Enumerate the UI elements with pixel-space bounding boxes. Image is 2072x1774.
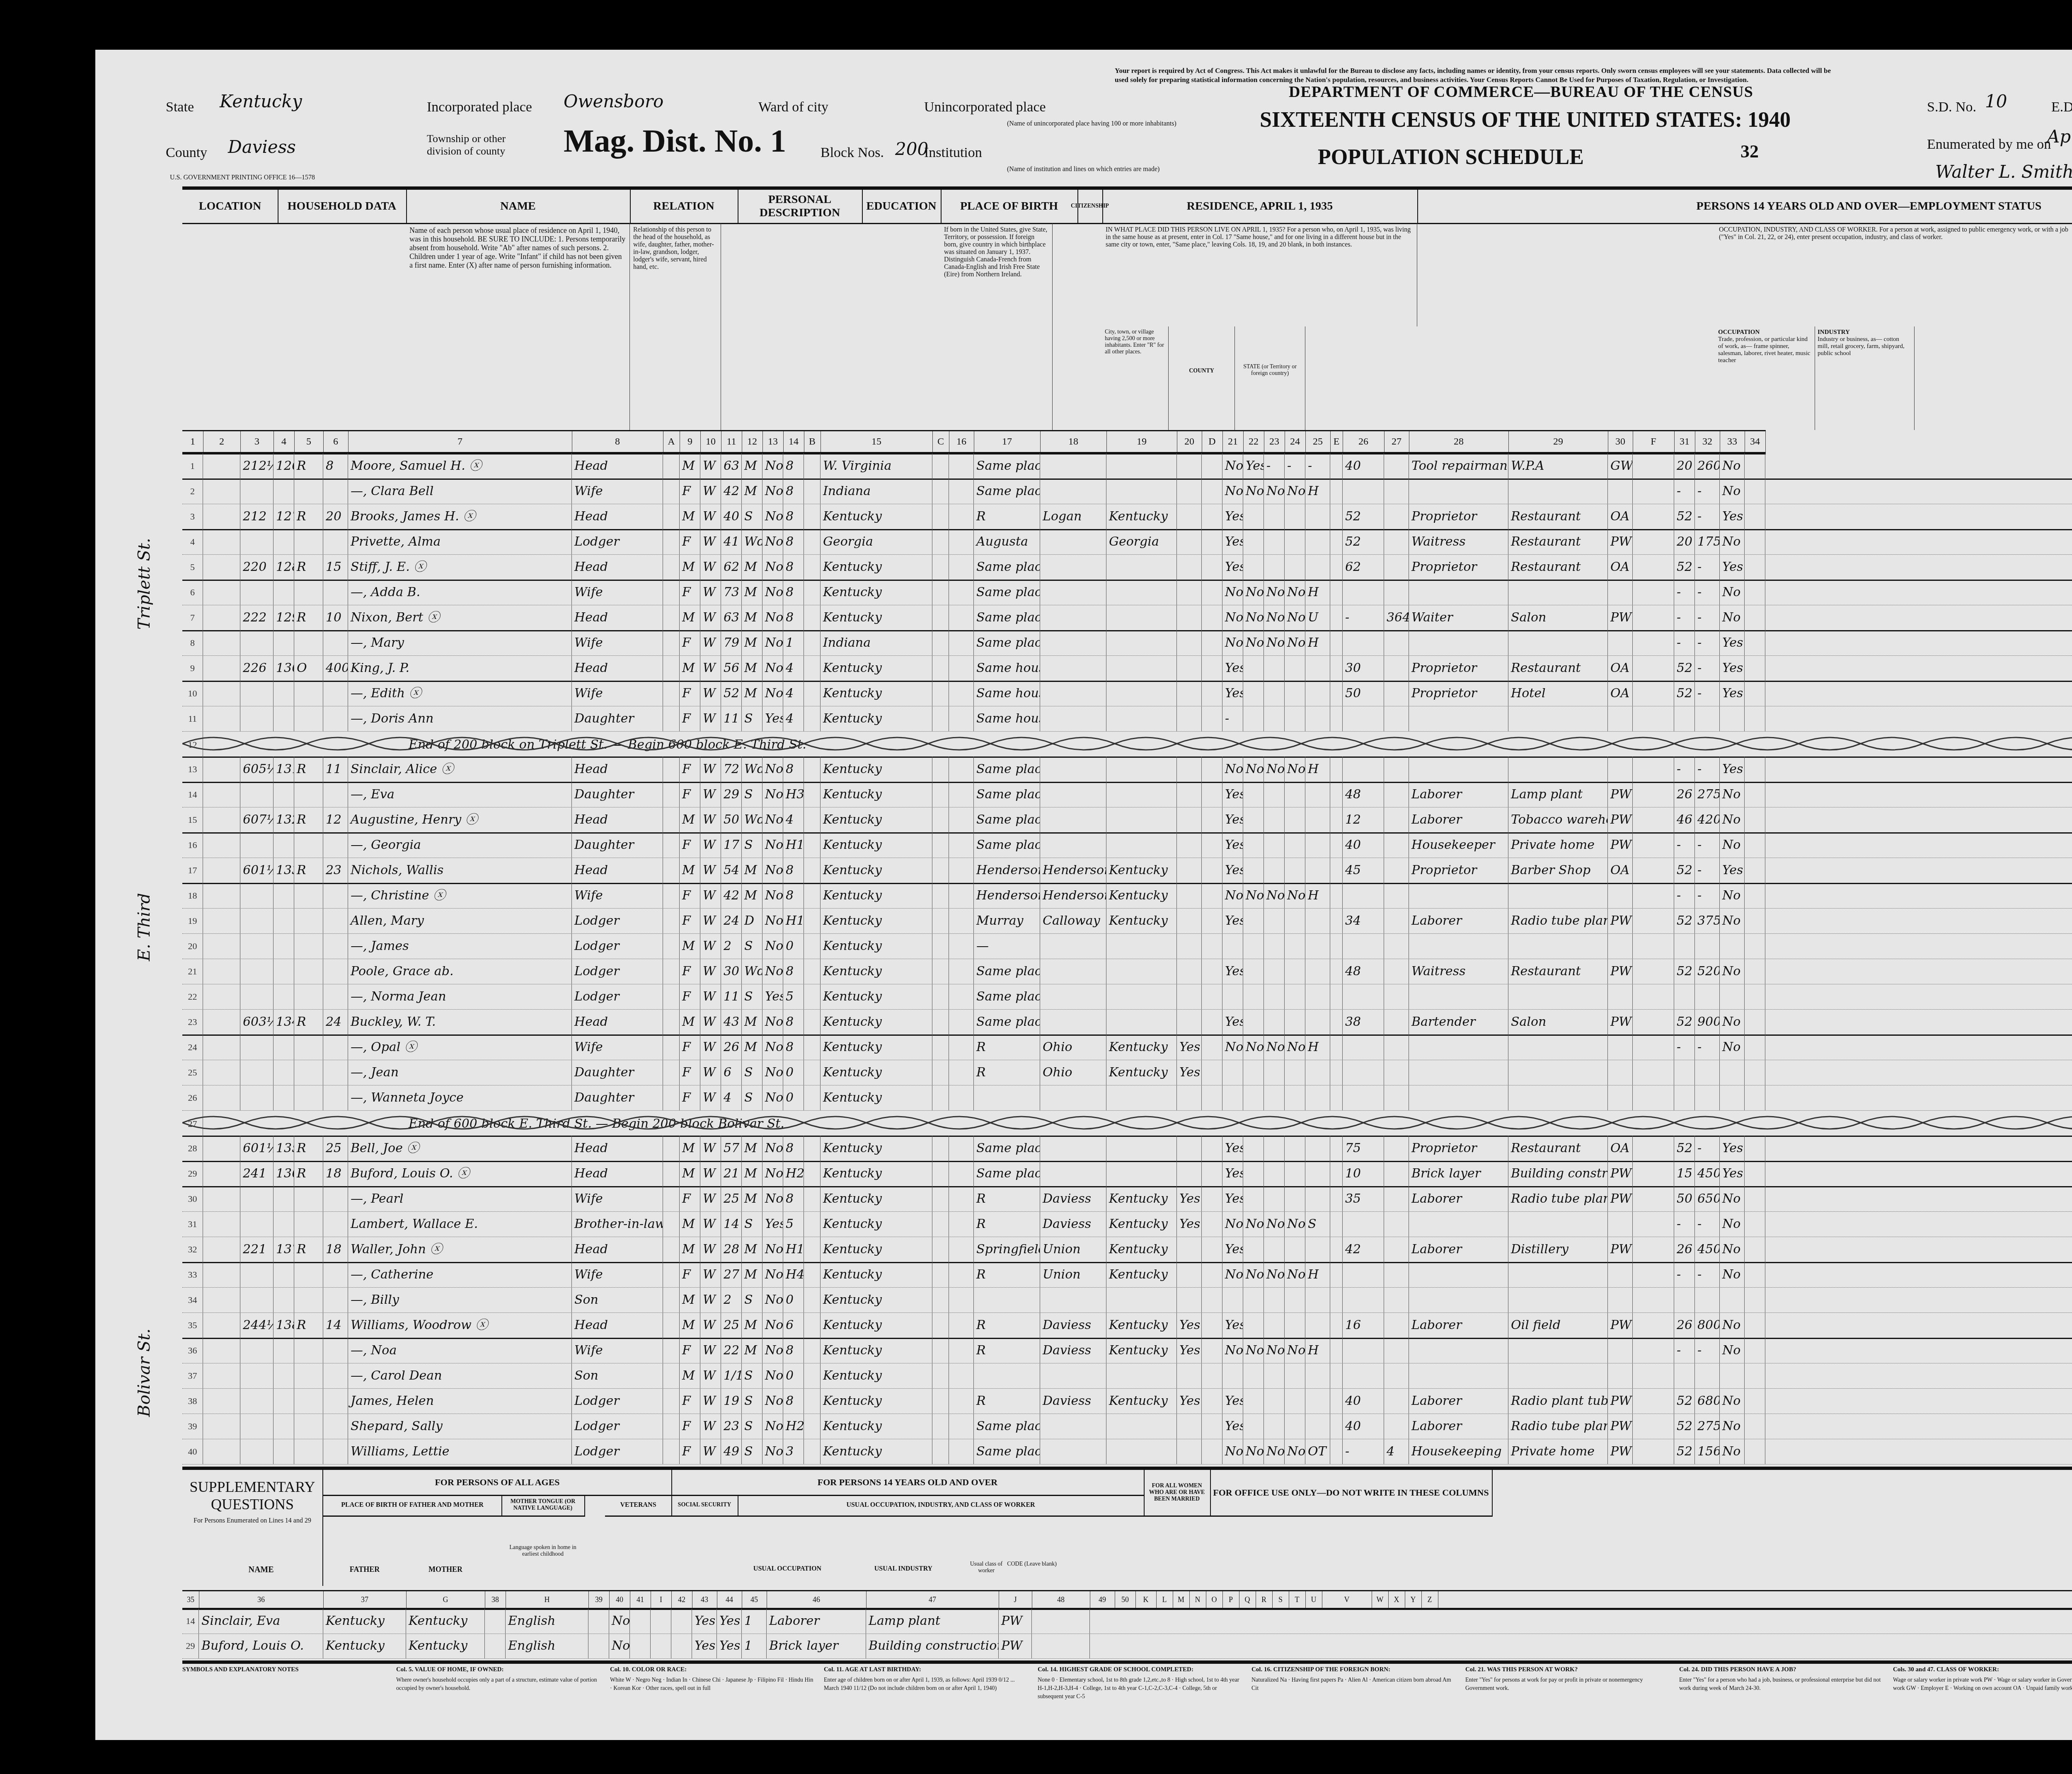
weeks-unemployed-cell xyxy=(1384,655,1409,681)
has-job-cell xyxy=(1285,681,1305,706)
code-a xyxy=(663,1312,680,1338)
supp-column-number: R xyxy=(1256,1591,1273,1608)
home-value-cell xyxy=(323,984,348,1009)
activity-cell xyxy=(1305,504,1330,529)
house-number-cell xyxy=(240,1085,274,1110)
has-job-cell xyxy=(1285,807,1305,832)
class-of-worker-cell: PW xyxy=(1608,1237,1633,1262)
occupation-cell xyxy=(1409,1262,1508,1287)
seeking-work-cell: No xyxy=(1264,580,1285,605)
code-d xyxy=(1202,933,1222,959)
school-cell: Yes xyxy=(762,984,783,1009)
weeks-unemployed-cell xyxy=(1384,1388,1409,1414)
age-cell: 42 xyxy=(721,883,742,908)
weeks-unemployed-cell xyxy=(1384,706,1409,731)
other-income-cell: No xyxy=(1720,883,1745,908)
hours-worked-cell xyxy=(1343,580,1384,605)
school-cell: No xyxy=(762,908,783,933)
line-number: 39 xyxy=(182,1414,203,1439)
weeks-unemployed-cell xyxy=(1384,1060,1409,1085)
code-f xyxy=(1633,1034,1674,1060)
county-1935-cell xyxy=(1040,529,1106,554)
code-b xyxy=(804,1186,821,1211)
code-b xyxy=(804,1388,821,1414)
tenure-cell xyxy=(294,908,323,933)
supp-h-usual-industry: USUAL INDUSTRY xyxy=(837,1565,970,1573)
industry-cell xyxy=(1508,1060,1608,1085)
code-a xyxy=(663,1388,680,1414)
other-income-cell: No xyxy=(1720,1439,1745,1464)
tenure-cell xyxy=(294,832,323,858)
code-c xyxy=(932,858,949,883)
race-cell: W xyxy=(700,883,721,908)
wages-cell xyxy=(1695,1060,1720,1085)
code-f xyxy=(1633,1009,1674,1034)
activity-cell: - xyxy=(1305,453,1330,479)
occupation-cell xyxy=(1409,1363,1508,1388)
farm-1935-cell xyxy=(1177,504,1202,529)
hours-worked-cell: 10 xyxy=(1343,1161,1384,1186)
home-value-cell: 11 xyxy=(323,756,348,782)
column-number: 23 xyxy=(1264,430,1285,454)
has-job-cell xyxy=(1285,1186,1305,1211)
citizenship-cell xyxy=(949,908,974,933)
code-d xyxy=(1202,858,1222,883)
home-value-cell xyxy=(323,580,348,605)
race-cell: W xyxy=(700,1085,721,1110)
grade-cell: 8 xyxy=(783,1338,804,1363)
code-e xyxy=(1330,959,1343,984)
emergency-work-cell xyxy=(1243,706,1264,731)
emergency-work-cell xyxy=(1243,1363,1264,1388)
race-cell: W xyxy=(700,1237,721,1262)
code-e xyxy=(1330,1186,1343,1211)
footnote-body: Enter "Yes" for a person who had a job, … xyxy=(1679,1677,1881,1692)
column-number: 16 xyxy=(949,430,974,454)
emergency-work-cell xyxy=(1243,832,1264,858)
hours-worked-cell: - xyxy=(1343,605,1384,630)
tenure-cell: R xyxy=(294,756,323,782)
code-d xyxy=(1202,1414,1222,1439)
county-1935-cell: Henderson xyxy=(1040,858,1106,883)
margin-street-triplett: Triplett St. xyxy=(135,538,154,630)
hours-worked-cell: 45 xyxy=(1343,858,1384,883)
age-cell: 26 xyxy=(721,1034,742,1060)
code-a xyxy=(663,756,680,782)
farm-1935-cell xyxy=(1177,1136,1202,1161)
school-cell: No xyxy=(762,605,783,630)
grade-cell: H4 xyxy=(783,1262,804,1287)
code-f xyxy=(1633,1414,1674,1439)
weeks-worked-cell xyxy=(1674,1085,1695,1110)
activity-cell: H xyxy=(1305,1338,1330,1363)
home-value-cell xyxy=(323,959,348,984)
supp-h-mother: MOTHER xyxy=(406,1565,485,1574)
house-number-cell: 220 xyxy=(240,554,274,580)
farm-schedule-cell xyxy=(1745,1009,1765,1034)
name-instructions: Name of each person whose usual place of… xyxy=(406,223,630,430)
has-job-cell xyxy=(1285,706,1305,731)
name-cell: —, Noa xyxy=(348,1338,572,1363)
sex-cell: M xyxy=(680,933,700,959)
code-f xyxy=(1633,605,1674,630)
home-value-cell: 12 xyxy=(323,807,348,832)
seeking-work-cell: No xyxy=(1264,1439,1285,1464)
weeks-worked-cell: 52 xyxy=(1674,504,1695,529)
emergency-work-cell xyxy=(1243,1060,1264,1085)
occupation-cell: Tool repairman xyxy=(1409,453,1508,479)
birthplace-cell: Kentucky xyxy=(821,1312,932,1338)
school-cell: No xyxy=(762,1363,783,1388)
farm-schedule-cell xyxy=(1745,1388,1765,1414)
county-1935-cell xyxy=(1040,706,1106,731)
grade-cell: 1 xyxy=(783,630,804,655)
line-number: 19 xyxy=(182,908,203,933)
county-1935-cell xyxy=(1040,832,1106,858)
other-income-cell xyxy=(1720,1060,1745,1085)
has-job-cell xyxy=(1285,908,1305,933)
at-work-cell: Yes xyxy=(1222,529,1243,554)
weeks-unemployed-cell xyxy=(1384,1363,1409,1388)
code-b xyxy=(804,479,821,504)
citizenship-cell xyxy=(949,1312,974,1338)
industry-cell xyxy=(1508,756,1608,782)
house-number-cell xyxy=(240,908,274,933)
veteran-cell: No xyxy=(609,1609,630,1634)
farm-1935-cell xyxy=(1177,630,1202,655)
marital-cell: S xyxy=(742,1363,762,1388)
industry-cell: Building construction xyxy=(1508,1161,1608,1186)
industry-cell: Private home xyxy=(1508,832,1608,858)
other-income-cell: No xyxy=(1720,1211,1745,1237)
wages-cell: 175 xyxy=(1695,529,1720,554)
supp-all-ages: FOR PERSONS OF ALL AGES xyxy=(323,1470,672,1496)
relation-cell: Wife xyxy=(572,630,663,655)
marital-cell: S xyxy=(742,504,762,529)
has-job-cell xyxy=(1285,1136,1305,1161)
relation-cell: Wife xyxy=(572,580,663,605)
industry-cell xyxy=(1508,479,1608,504)
code-a xyxy=(663,883,680,908)
school-cell: No xyxy=(762,1136,783,1161)
line-number: 8 xyxy=(182,630,203,655)
class-of-worker-cell xyxy=(1608,756,1633,782)
citizenship-cell xyxy=(949,984,974,1009)
farm-1935-cell: Yes xyxy=(1177,1060,1202,1085)
code-a xyxy=(663,630,680,655)
farm-1935-cell: Yes xyxy=(1177,1338,1202,1363)
relation-cell: Daughter xyxy=(572,1085,663,1110)
house-number-cell xyxy=(240,1439,274,1464)
residence-1935-cell: R xyxy=(974,1312,1040,1338)
class-of-worker-cell: PW xyxy=(1608,605,1633,630)
state-label: State xyxy=(166,99,194,115)
race-cell: W xyxy=(700,681,721,706)
other-income-cell: No xyxy=(1720,580,1745,605)
citizenship-cell xyxy=(949,1211,974,1237)
emergency-work-cell xyxy=(1243,1186,1264,1211)
column-number: B xyxy=(804,430,821,454)
race-cell: W xyxy=(700,1414,721,1439)
name-cell: Waller, John ⓧ xyxy=(348,1237,572,1262)
state-1935-cell xyxy=(1106,1136,1177,1161)
code-b xyxy=(804,529,821,554)
relation-cell: Daughter xyxy=(572,1060,663,1085)
table-row: 3212127R20Brooks, James H. ⓧHeadMW40SNo8… xyxy=(182,504,2072,530)
sex-cell: M xyxy=(680,807,700,832)
home-value-cell xyxy=(323,1414,348,1439)
farm-schedule-cell xyxy=(1745,529,1765,554)
street-cell xyxy=(203,1136,240,1161)
race-cell: W xyxy=(700,1262,721,1287)
activity-cell xyxy=(1305,529,1330,554)
visit-number-cell xyxy=(274,782,294,807)
class-of-worker-cell: PW xyxy=(1608,1009,1633,1034)
residence-1935-cell: Murray xyxy=(974,908,1040,933)
age-cell: 25 xyxy=(721,1186,742,1211)
state-1935-cell xyxy=(1106,1009,1177,1034)
grade-cell: 8 xyxy=(783,479,804,504)
county-1935-cell xyxy=(1040,605,1106,630)
block-label: Block Nos. xyxy=(758,145,884,161)
birthplace-cell: W. Virginia xyxy=(821,453,932,479)
home-value-cell xyxy=(323,1287,348,1312)
birthplace-cell: Kentucky xyxy=(821,1262,932,1287)
industry-cell: Radio tube plant xyxy=(1508,1186,1608,1211)
code-j xyxy=(1032,1634,1090,1658)
seeking-work-cell xyxy=(1264,681,1285,706)
school-cell: No xyxy=(762,504,783,529)
house-number-cell xyxy=(240,959,274,984)
street-cell xyxy=(203,1439,240,1464)
code-c xyxy=(932,453,949,479)
column-number: A xyxy=(663,430,680,454)
name-cell: —, Eva xyxy=(348,782,572,807)
table-row: 28601½135R25Bell, Joe ⓧHeadMW57MNo8Kentu… xyxy=(182,1136,2072,1162)
seeking-work-cell: No xyxy=(1264,605,1285,630)
school-cell: No xyxy=(762,554,783,580)
home-value-cell: 8 xyxy=(323,453,348,479)
farm-schedule-cell xyxy=(1745,782,1765,807)
school-cell: No xyxy=(762,807,783,832)
has-job-cell xyxy=(1285,529,1305,554)
school-cell: No xyxy=(762,479,783,504)
birthplace-cell: Kentucky xyxy=(821,1211,932,1237)
residence-1935-cell: Same place xyxy=(974,630,1040,655)
marital-cell: S xyxy=(742,832,762,858)
code-c xyxy=(932,1136,949,1161)
emergency-work-cell xyxy=(1243,1388,1264,1414)
county-value: Daviess xyxy=(228,137,296,157)
code-b xyxy=(804,984,821,1009)
age-cell: 50 xyxy=(721,807,742,832)
visit-number-cell: 133 xyxy=(274,858,294,883)
supp-column-number: 35 xyxy=(182,1591,199,1608)
wages-cell: 450 xyxy=(1695,1237,1720,1262)
emergency-work-cell xyxy=(1243,1085,1264,1110)
other-income-cell: No xyxy=(1720,1034,1745,1060)
sex-cell: F xyxy=(680,832,700,858)
supp-column-number: Z xyxy=(1421,1591,1438,1608)
veteran-wife-cell xyxy=(630,1634,651,1658)
seeking-work-cell xyxy=(1264,1312,1285,1338)
activity-cell: U xyxy=(1305,605,1330,630)
code-f xyxy=(1633,807,1674,832)
code-a xyxy=(663,1085,680,1110)
other-income-cell: No xyxy=(1720,479,1745,504)
wages-cell: - xyxy=(1695,630,1720,655)
home-value-cell xyxy=(323,883,348,908)
state-1935-cell: Kentucky xyxy=(1106,504,1177,529)
state-1935-cell xyxy=(1106,1414,1177,1439)
state-1935-cell: Kentucky xyxy=(1106,1034,1177,1060)
farm-schedule-cell xyxy=(1745,984,1765,1009)
school-cell: No xyxy=(762,1237,783,1262)
table-row: 15607½132R12Augustine, Henry ⓧHeadMW50Wd… xyxy=(182,807,2072,834)
code-d xyxy=(1202,453,1222,479)
wages-cell: 420 xyxy=(1695,807,1720,832)
table-row: 19Allen, MaryLodgerFW24DNoH1KentuckyMurr… xyxy=(182,908,2072,934)
county-1935-cell: Henderson xyxy=(1040,883,1106,908)
house-number-cell: 601½ xyxy=(240,858,274,883)
occupation-cell xyxy=(1409,1085,1508,1110)
other-income-cell: No xyxy=(1720,1414,1745,1439)
race-cell: W xyxy=(700,1287,721,1312)
code-f xyxy=(1633,1186,1674,1211)
column-number: 22 xyxy=(1243,430,1264,454)
social-security-number-cell: Yes xyxy=(692,1609,717,1634)
has-job-cell: No xyxy=(1285,580,1305,605)
weeks-worked-cell xyxy=(1674,933,1695,959)
at-work-cell: Yes xyxy=(1222,554,1243,580)
at-work-cell: Yes xyxy=(1222,655,1243,681)
state-1935-cell: Kentucky xyxy=(1106,1237,1177,1262)
hours-worked-cell: 62 xyxy=(1343,554,1384,580)
code-d xyxy=(1202,706,1222,731)
birthplace-cell: Kentucky xyxy=(821,681,932,706)
supp-column-number: O xyxy=(1206,1591,1223,1608)
occupation-examples: Trade, profession, or particular kind of… xyxy=(1718,336,1810,364)
code-e xyxy=(1330,1363,1343,1388)
visit-number-cell xyxy=(274,681,294,706)
relation-cell: Head xyxy=(572,1312,663,1338)
occupation-cell: Bartender xyxy=(1409,1009,1508,1034)
hours-worked-cell: 35 xyxy=(1343,1186,1384,1211)
footnote-title: Cols. 30 and 47. CLASS OF WORKER: xyxy=(1893,1665,2072,1674)
code-f xyxy=(1633,580,1674,605)
grade-cell: 4 xyxy=(783,706,804,731)
house-number-cell: 212½ xyxy=(240,453,274,479)
school-cell: No xyxy=(762,1009,783,1034)
county-1935-cell xyxy=(1040,959,1106,984)
line-number: 25 xyxy=(182,1060,203,1085)
code-c xyxy=(932,1085,949,1110)
at-work-cell: Yes xyxy=(1222,1312,1243,1338)
weeks-unemployed-cell xyxy=(1384,1287,1409,1312)
code-e xyxy=(1330,1312,1343,1338)
birthplace-cell: Kentucky xyxy=(821,1009,932,1034)
residence-1935-cell: Same place xyxy=(974,832,1040,858)
street-cell xyxy=(203,1338,240,1363)
weeks-worked-cell: 52 xyxy=(1674,1009,1695,1034)
mother-tongue-cell: English xyxy=(506,1609,588,1634)
county-1935-cell xyxy=(1040,1363,1106,1388)
farm-1935-cell xyxy=(1177,908,1202,933)
class-of-worker-cell xyxy=(1608,933,1633,959)
residence-instructions: IN WHAT PLACE DID THIS PERSON LIVE ON AP… xyxy=(1102,223,1417,326)
has-job-cell xyxy=(1285,832,1305,858)
other-income-cell: No xyxy=(1720,453,1745,479)
hours-worked-cell: 42 xyxy=(1343,1237,1384,1262)
visit-number-cell xyxy=(274,1211,294,1237)
residence-1935-cell: Same place xyxy=(974,984,1040,1009)
code-f xyxy=(1633,1136,1674,1161)
race-cell: W xyxy=(700,504,721,529)
supp-usual-occ: USUAL OCCUPATION, INDUSTRY, AND CLASS OF… xyxy=(738,1495,1145,1517)
supp-column-number: V xyxy=(1322,1591,1372,1608)
line-number: 5 xyxy=(182,554,203,580)
age-cell: 40 xyxy=(721,504,742,529)
street-cell xyxy=(203,655,240,681)
relation-cell: Daughter xyxy=(572,782,663,807)
farm-schedule-cell xyxy=(1745,1060,1765,1085)
column-number: 20 xyxy=(1177,430,1202,454)
code-a xyxy=(663,453,680,479)
supp-column-number: L xyxy=(1156,1591,1173,1608)
home-value-cell xyxy=(323,908,348,933)
supp-row: 14Sinclair, EvaKentuckyKentuckyEnglishNo… xyxy=(182,1609,2072,1634)
code-c xyxy=(932,933,949,959)
industry-cell: Barber Shop xyxy=(1508,858,1608,883)
class-of-worker-cell xyxy=(1608,580,1633,605)
seeking-work-cell xyxy=(1264,858,1285,883)
street-cell xyxy=(203,1388,240,1414)
code-e xyxy=(1330,1439,1343,1464)
visit-number-cell: 134 xyxy=(274,1009,294,1034)
house-number-cell xyxy=(240,1338,274,1363)
supp-column-number: 42 xyxy=(671,1591,692,1608)
farm-1935-cell xyxy=(1177,479,1202,504)
farm-1935-cell xyxy=(1177,1439,1202,1464)
code-f xyxy=(1633,1060,1674,1085)
home-value-cell xyxy=(323,529,348,554)
residence-1935-cell xyxy=(974,1085,1040,1110)
relation-cell: Daughter xyxy=(572,706,663,731)
birthplace-cell: Kentucky xyxy=(821,1287,932,1312)
age-cell: 22 xyxy=(721,1338,742,1363)
code-c xyxy=(932,807,949,832)
residence-1935-cell: R xyxy=(974,1262,1040,1287)
race-cell: W xyxy=(700,580,721,605)
birthplace-cell: Kentucky xyxy=(821,580,932,605)
class-of-worker-cell: OA xyxy=(1608,858,1633,883)
supp-column-number: M xyxy=(1173,1591,1190,1608)
name-cell: Shepard, Sally xyxy=(348,1414,572,1439)
school-cell: No xyxy=(762,453,783,479)
home-value-cell: 14 xyxy=(323,1312,348,1338)
code-e xyxy=(1330,883,1343,908)
farm-1935-cell xyxy=(1177,756,1202,782)
other-income-cell: No xyxy=(1720,1186,1745,1211)
code-b xyxy=(804,1312,821,1338)
activity-cell xyxy=(1305,1312,1330,1338)
school-cell: No xyxy=(762,1186,783,1211)
has-job-cell xyxy=(1285,1363,1305,1388)
supp-h-language: Language spoken in home in earliest chil… xyxy=(506,1544,580,1558)
weeks-unemployed-cell xyxy=(1384,1034,1409,1060)
wages-cell: 260 xyxy=(1695,453,1720,479)
tenure-cell xyxy=(294,1414,323,1439)
